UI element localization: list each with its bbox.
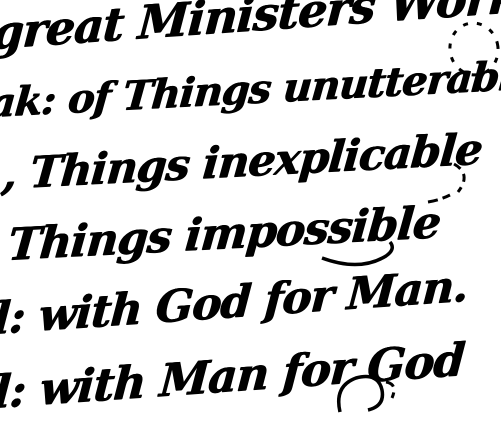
manuscript-line: ak: of Things unutterable bbox=[0, 51, 501, 127]
manuscript-line: l: with Man for God bbox=[0, 333, 466, 419]
manuscript-line: Things impossible bbox=[6, 197, 442, 271]
manuscript-line: l: with God for Man. bbox=[0, 261, 469, 345]
manuscript-page: great Ministers Work ak: of Things unutt… bbox=[0, 0, 501, 443]
manuscript-line: great Ministers Work bbox=[0, 0, 501, 60]
manuscript-line: , Things inexplicable bbox=[0, 125, 484, 200]
